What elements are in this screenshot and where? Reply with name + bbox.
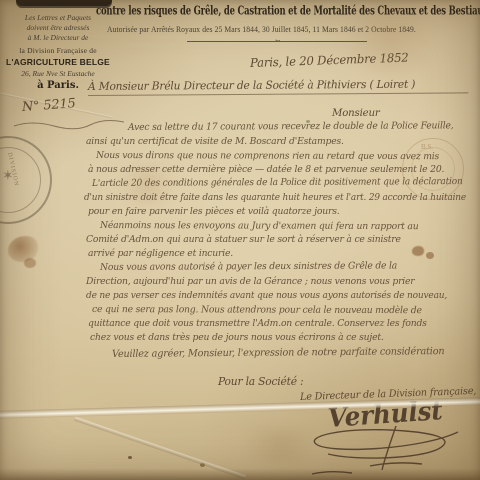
handwritten-line: Nous vous dirons que nous ne comprenons … [96,150,439,162]
scanned-letter: contre les risques de Grêle, de Castrati… [0,0,480,480]
addressee-line: À Monsieur Brélu Directeur de la Société… [88,77,468,96]
handwritten-line: à nous adresser cette dernière pièce — d… [88,164,444,175]
handwritten-line: Néanmoins nous les envoyons au Jury d'ex… [100,220,419,232]
left-stamp-emblem-icon: ✶ [2,168,16,188]
sidebar-street-address: 26, Rue Nve St Eustache [2,69,114,78]
handwritten-line: ce qui ne sera pas long. Nous attendrons… [92,304,422,316]
ink-stain [8,236,38,262]
handwritten-line: quittance que doit vous transmettre l'Ad… [88,318,427,329]
ink-stain [24,258,36,268]
letterhead-title: contre les risques de Grêle, de Castrati… [96,5,480,19]
ink-stain [426,252,434,259]
left-stamp: DIVISION ✶ [0,136,52,224]
diagonal-crease [74,417,245,479]
handwritten-line: de ne pas verser ces indemnités avant qu… [86,290,447,301]
sidebar-company-name: L'AGRICULTURE BELGE [2,57,114,67]
sidebar-notice-line1: Les Lettres et Paquets [2,13,114,22]
dateline: Paris, le 20 Décembre 1852 [250,50,409,70]
handwritten-line: Direction, aujourd'hui par un avis de la… [86,276,415,287]
sidebar-notice-line3: à M. le Directeur de [2,33,114,42]
handwritten-line: Nous vous avons autorisé à payer les deu… [100,260,397,273]
salutation: Monsieur [332,107,380,119]
sidebar-notice-line2: doivent être adressés [2,23,114,32]
ink-stain [412,246,424,256]
right-postmark-stamp: B.S. [402,138,464,200]
handwritten-line: arrivé par négligence et incurie. [88,248,233,259]
handwritten-line: chez vous et dans très peu de jours nous… [90,332,384,343]
closing-pour-la-societe: Pour la Société : [218,375,303,388]
speck [128,456,132,459]
handwritten-line: Veuillez agréer, Monsieur, l'expression … [112,346,444,360]
signature-flourish [300,426,465,478]
letterhead-authorization: Autorisée par Arrêtés Royaux des 25 Mars… [107,25,416,34]
header-divider: ➳ [187,41,367,44]
handwritten-line: ainsi qu'un certificat de visite de M. B… [86,136,344,147]
handwritten-line: d'un sinistre doit être faite dans les q… [84,192,466,203]
reference-number: N° 5215 [21,96,76,115]
speck [200,463,205,467]
handwritten-line: Avec sa lettre du 17 courant vous recevr… [128,120,454,133]
handwritten-line: pour en faire parvenir les pièces et voi… [88,206,340,217]
sidebar-division-line: la Division Française de [2,46,114,55]
handwritten-line: Comité d'Adm.on qui aura à statuer sur l… [86,234,401,245]
reference-flourish [12,118,127,132]
divider-ornament-icon: ➳ [264,38,290,45]
